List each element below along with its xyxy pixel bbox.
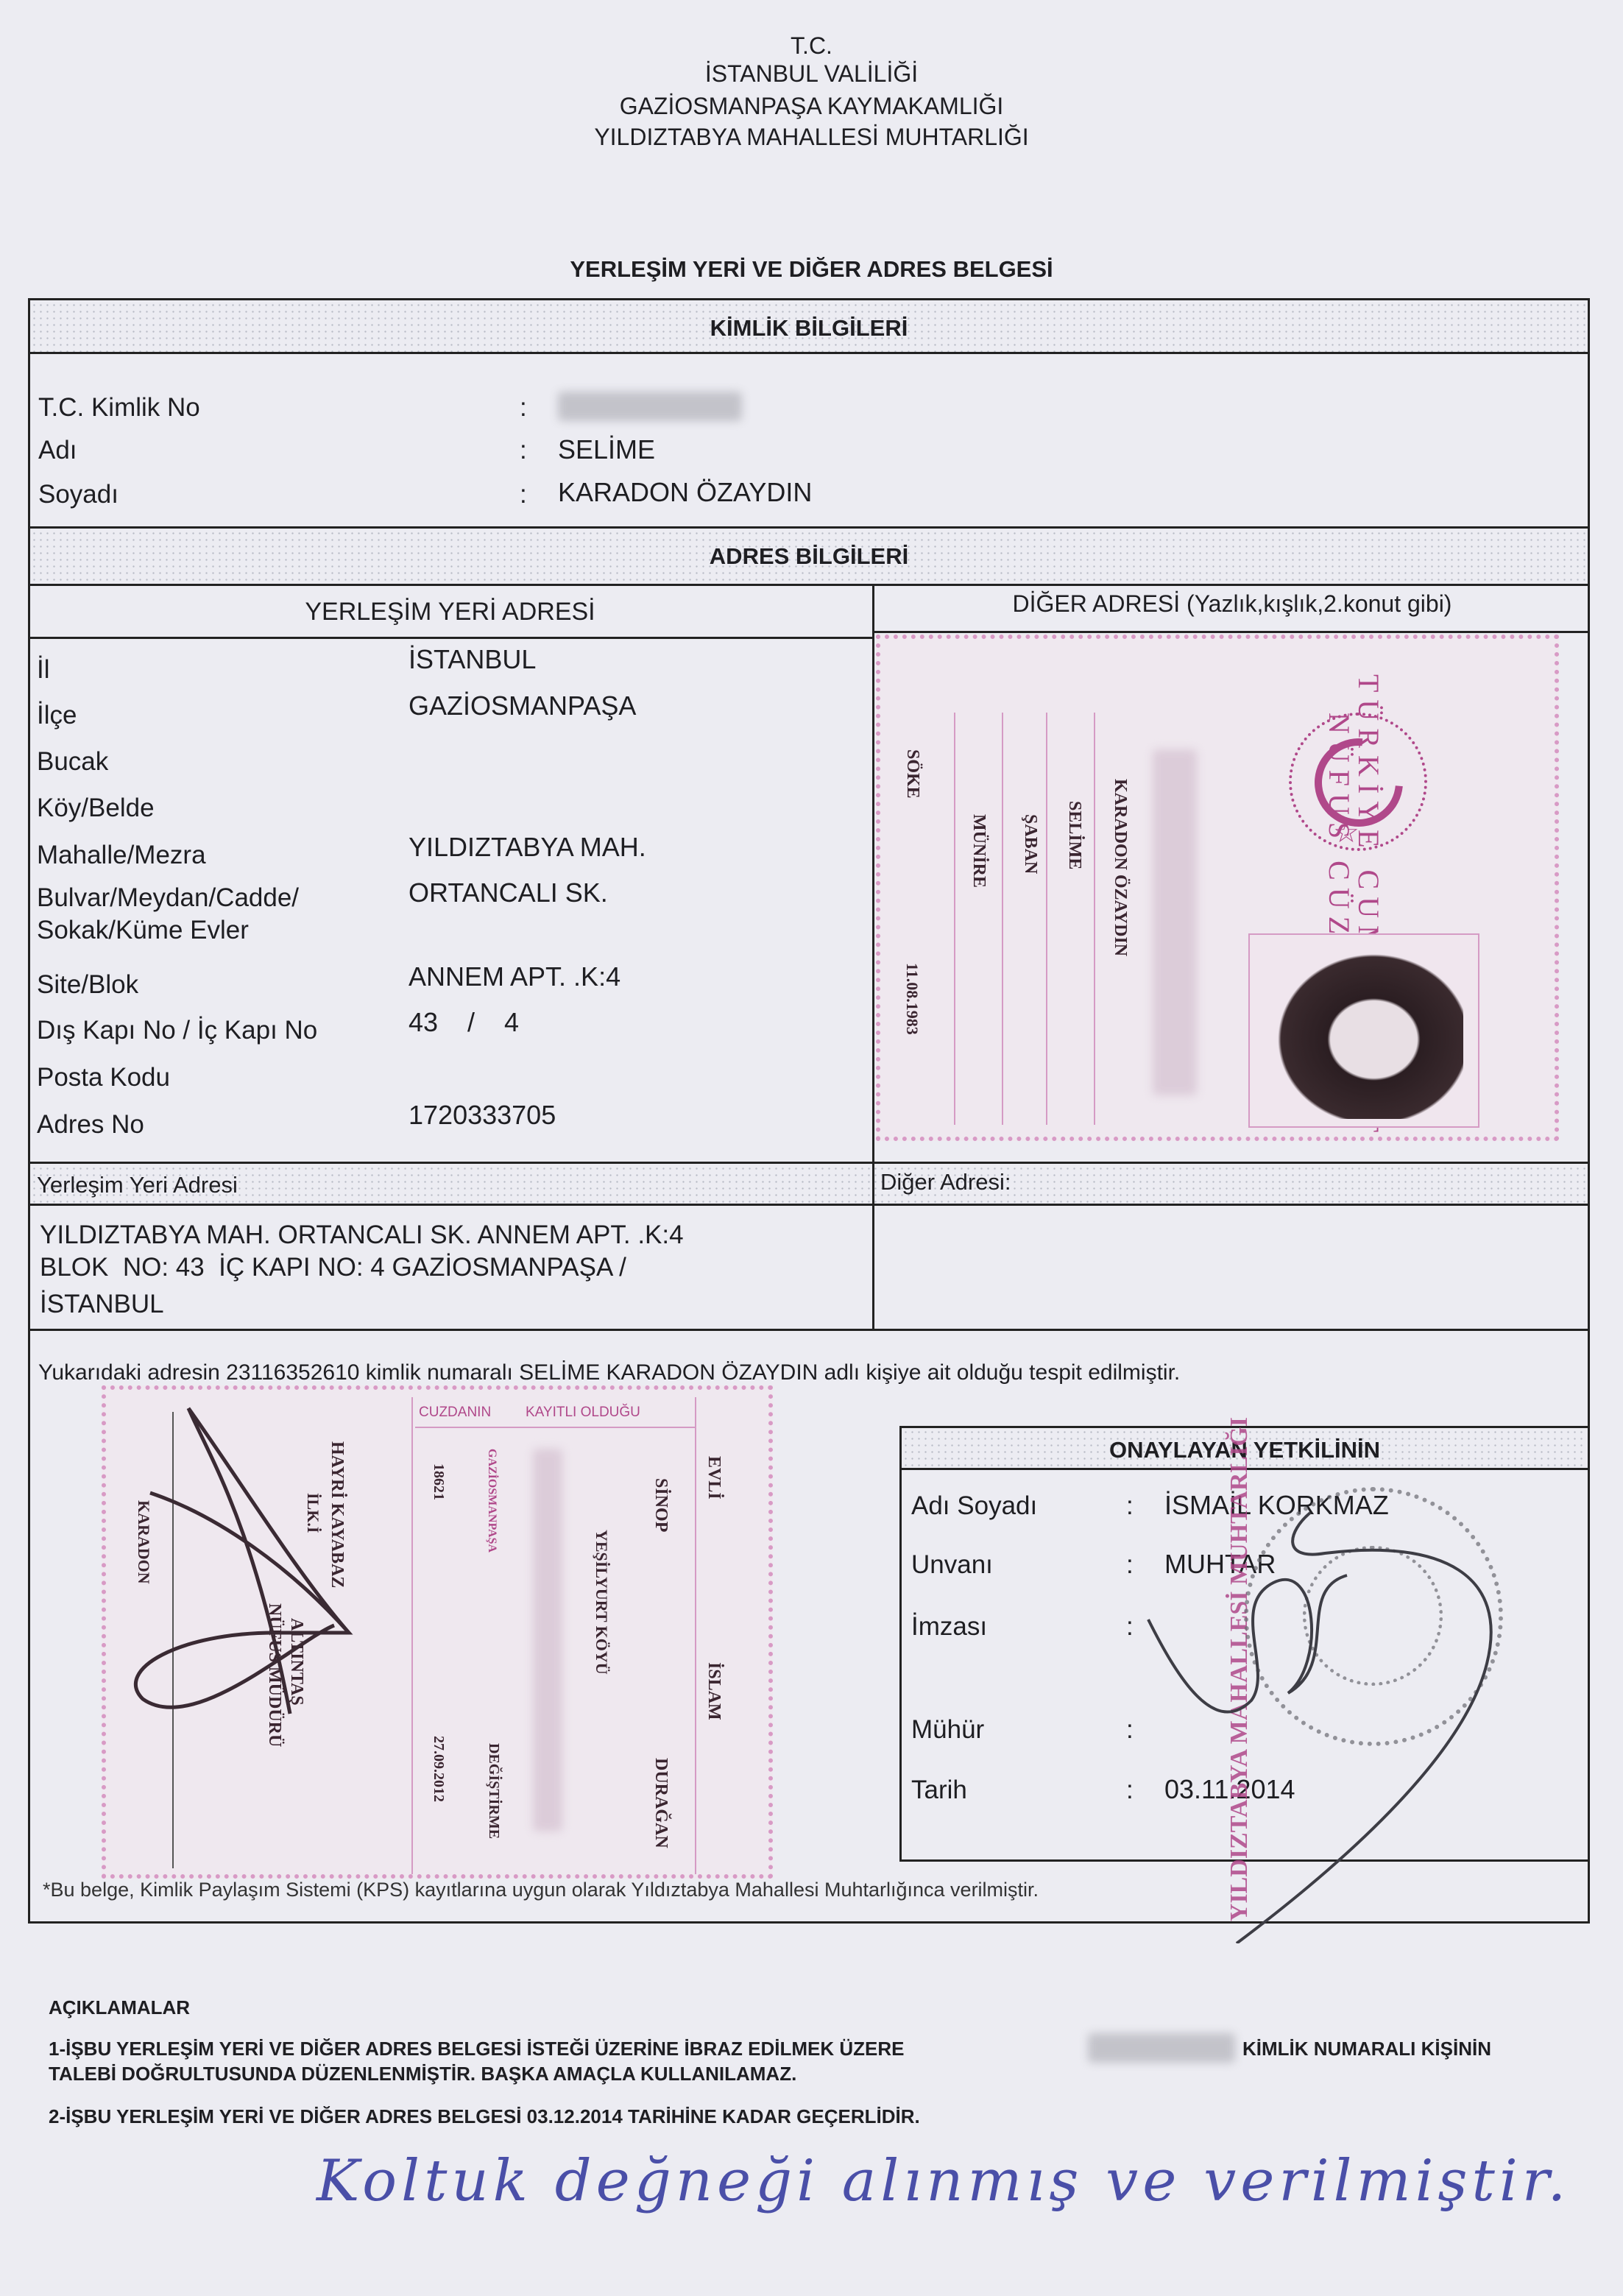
addr-label-adresno: Adres No [37,1110,144,1140]
summary-other-label: Diğer Adresi: [880,1169,1011,1195]
id-value-soyadi: KARADON ÖZAYDIN [558,477,812,508]
card-name: SELİME [1064,801,1084,869]
identity-section-title: KİMLİK BİLGİLERİ [28,315,1590,342]
star-icon: ☆ [1333,816,1359,849]
card-surname: KARADON ÖZAYDIN [1110,779,1130,956]
header-line-valilik: İSTANBUL VALİLİĞİ [0,60,1623,87]
summary-residence-label: Yerleşim Yeri Adresi [37,1172,238,1198]
note-1-part-a: 1-İŞBU YERLEŞİM YERİ VE DİĞER ADRES BELG… [49,2038,904,2060]
id-label-soyadi: Soyadı [38,480,119,509]
section-shade [31,1165,1587,1204]
card-line [1002,713,1003,1125]
note-1-part-c: TALEBİ DOĞRULTUSUNDA DÜZENLENMİŞTİR. BAŞ… [49,2063,796,2085]
addr-value-mahalle: YILDIZTABYA MAH. [409,832,646,863]
other-address-header: DİĞER ADRESİ (Yazlık,kışlık,2.konut gibi… [874,590,1590,618]
colon: : [520,480,527,509]
divider [28,584,1590,586]
header-line-kaymakamlik: GAZİOSMANPAŞA KAYMAKAMLIĞI [0,93,1623,119]
addr-value-sokak: ORTANCALI SK. [409,877,608,908]
signature-scribble-icon [106,1390,773,1879]
header-line-muhtarlik: YILDIZTABYA MAHALLESİ MUHTARLIĞI [0,124,1623,150]
approver-label-title: Unvanı [911,1550,993,1580]
colon: : [520,436,527,465]
id-card-front-image: TÜRKİYE CUMHURİYETİ NÜFUS CÜZDANI ☆ KARA… [876,635,1559,1141]
addr-value-kapino: 43 / 4 [409,1007,519,1038]
card-birthdate: 11.08.1983 [902,963,922,1035]
addr-value-site: ANNEM APT. .K:4 [409,961,620,992]
addr-label-site: Site/Blok [37,970,138,1000]
column-divider [872,584,874,1329]
approver-label-date: Tarih [911,1776,967,1805]
divider [872,631,1590,633]
id-label-tckimlik: T.C. Kimlik No [38,393,200,423]
handwritten-note: Koltuk değneği alınmış ve verilmiştir. [317,2148,1570,2214]
id-value-adi: SELİME [558,434,655,465]
divider [28,352,1590,354]
note-1-part-b: KİMLİK NUMARALI KİŞİNİN [1242,2038,1491,2060]
card-mother: MÜNİRE [969,814,989,888]
addr-value-adresno: 1720333705 [409,1100,556,1131]
addr-value-ilce: GAZİOSMANPAŞA [409,690,636,721]
card-line [1094,713,1095,1125]
approver-label-name: Adı Soyadı [911,1491,1037,1521]
signature-icon [1030,1472,1619,1943]
footnote: *Bu belge, Kimlik Paylaşım Sistemi (KPS)… [43,1879,1039,1901]
addr-label-kapino: Dış Kapı No / İç Kapı No [37,1016,317,1045]
id-label-adi: Adı [38,436,77,465]
note-2: 2-İŞBU YERLEŞİM YERİ VE DİĞER ADRES BELG… [49,2105,920,2128]
divider [28,526,1590,529]
notes-title: AÇIKLAMALAR [49,1996,190,2019]
addr-label-mahalle: Mahalle/Mezra [37,841,206,870]
document-title: YERLEŞİM YERİ VE DİĞER ADRES BELGESİ [0,256,1623,283]
addr-label-il: İl [37,655,50,685]
approver-label-seal: Mühür [911,1715,984,1745]
summary-residence-line-1: YILDIZTABYA MAH. ORTANCALI SK. ANNEM APT… [40,1221,684,1250]
card-birthplace: SÖKE [902,749,922,799]
card-line [954,713,955,1125]
redacted-tckimlik-value [558,392,742,421]
redacted-card-number [1153,749,1197,1095]
colon: : [520,393,527,423]
divider [28,1204,1590,1206]
portrait-photo [1248,933,1479,1128]
address-section-title: ADRES BİLGİLERİ [28,543,1590,570]
card-father: ŞABAN [1020,814,1040,874]
addr-label-bucak: Bucak [37,747,108,777]
addr-label-ilce: İlçe [37,701,77,730]
divider [28,637,872,639]
portrait-face [1265,942,1463,1119]
card-line [1046,713,1047,1125]
divider [28,1162,1590,1164]
addr-label-sokak: Bulvar/Meydan/Cadde/ Sokak/Küme Evler [37,882,299,947]
confirmation-statement: Yukarıdaki adresin 23116352610 kimlik nu… [38,1360,1180,1385]
summary-residence-line-2: BLOK NO: 43 İÇ KAPI NO: 4 GAZİOSMANPAŞA … [40,1253,626,1282]
header-line-tc: T.C. [0,32,1623,59]
addr-label-koy: Köy/Belde [37,794,155,823]
id-card-back-image: CUZDANIN KAYITLI OLDUĞU EVLİ İSLAM SİNOP… [102,1385,773,1879]
redacted-kimlik-no [1088,2033,1235,2063]
summary-residence-line-3: İSTANBUL [40,1290,164,1319]
divider [28,1329,1590,1331]
approver-label-signature: İmzası [911,1612,987,1642]
residence-address-header: YERLEŞİM YERİ ADRESİ [28,598,872,626]
addr-value-il: İSTANBUL [409,644,536,675]
addr-label-posta: Posta Kodu [37,1063,170,1092]
